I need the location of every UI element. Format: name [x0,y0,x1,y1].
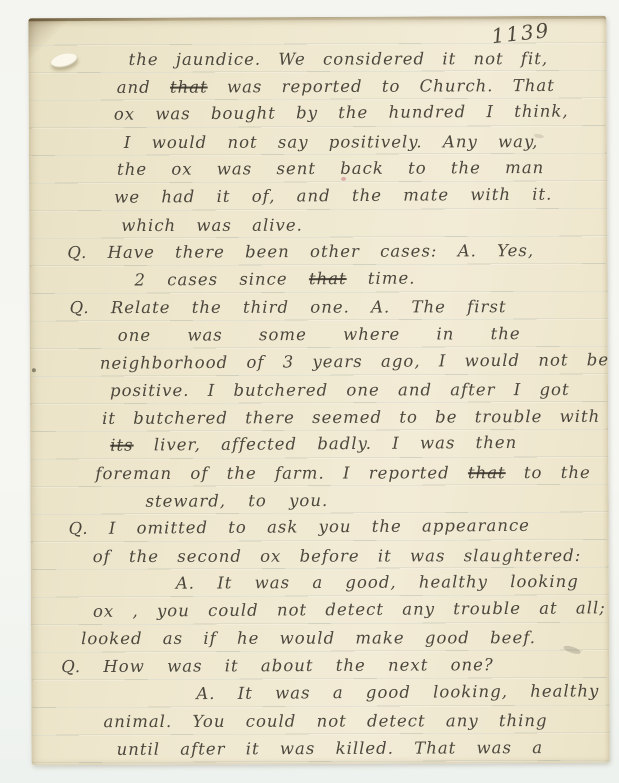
scanned-document: 1139 the jaundice. We considered it not … [0,0,619,783]
struck-word: that [468,463,506,482]
manuscript-line: I would not say positively. Any way, [29,128,601,157]
manuscript-line: A. It was a good, healthy looking [31,568,603,598]
manuscript-line: looked as if he would make good beef. [31,624,603,653]
manuscript-line: the jaundice. We considered it not fit, [29,45,601,74]
manuscript-line: we had it of, and the mate with it. [29,180,601,212]
manuscript-line: its liver, affected badly. I was then [30,429,602,461]
manuscript-line: 2 cases since that time. [29,263,601,295]
manuscript-line: the ox was sent back to the man [29,154,601,184]
manuscript-line: ox was bought by the hundred I think, [29,97,601,129]
manuscript-line: neighborhood of 3 years ago, I would not… [30,346,602,378]
manuscript-line: Q. Have there been other cases: A. Yes, [29,237,601,267]
manuscript-line: Q. I omitted to ask you the appearance [31,511,603,543]
manuscript-line: Q. Relate the third one. A. The first [30,293,602,322]
manuscript-line: steward, to you. [30,485,602,515]
manuscript-line: positive. I butchered one and after I go… [30,376,602,405]
manuscript-line: animal. You could not detect any thing [31,707,603,736]
manuscript-line: one was some where in the [30,320,602,350]
manuscript-line: foreman of the farm. I reported that to … [30,459,602,488]
manuscript-line: of the second ox before it was slaughter… [31,542,603,571]
manuscript-line: Q. How was it about the next one? [31,651,603,681]
manuscript-line: A. It was a good looking, healthy [31,677,603,709]
struck-word: its [110,436,134,455]
struck-word: that [170,77,208,96]
manuscript-line: which was alive. [29,211,601,240]
manuscript-line: until after it was killed. That was a [32,734,604,764]
manuscript-line: ox , you could not detect any trouble at… [31,594,603,626]
manuscript-page: 1139 the jaundice. We considered it not … [28,16,609,766]
struck-word: that [309,269,347,288]
manuscript-lines: the jaundice. We considered it not fit,a… [28,44,603,764]
